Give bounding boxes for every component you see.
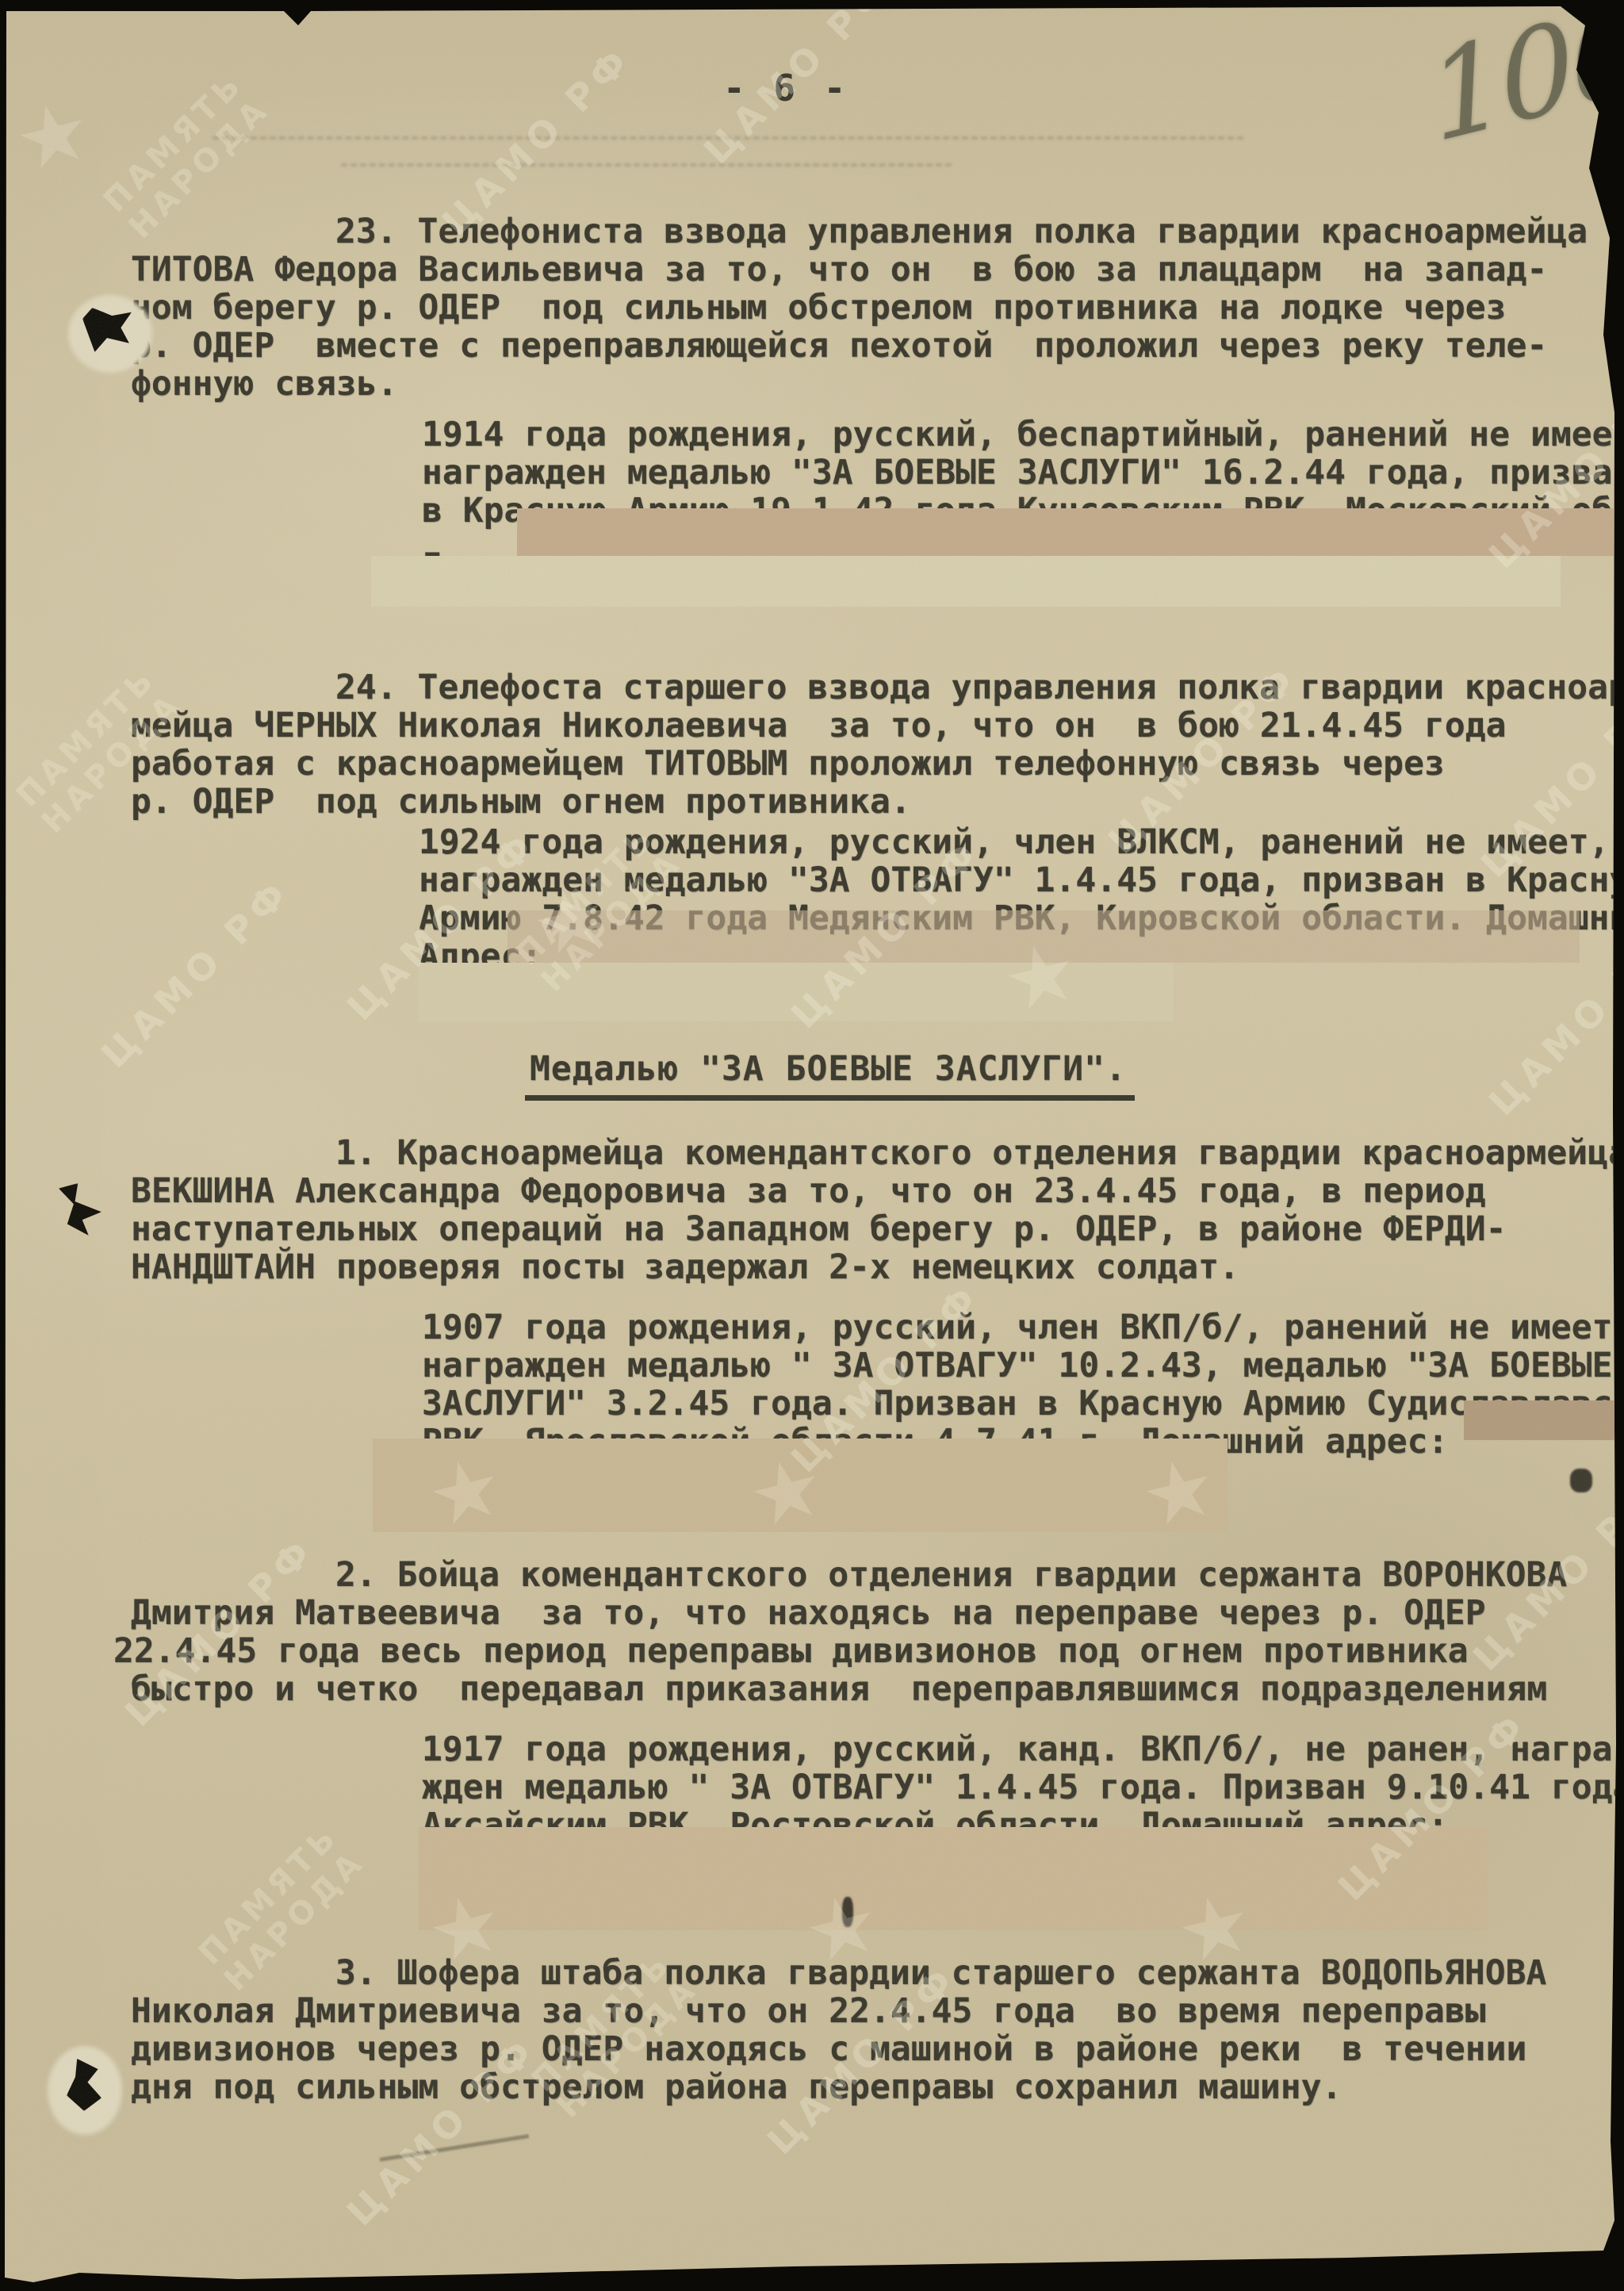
document-scan: - 6 - 106 23. Телефониста взвода управле… (0, 0, 1624, 2291)
paragraph-2: 2. Бойца комендантского отделения гварди… (131, 1556, 1567, 1708)
paragraph-24-line: мейца ЧЕРНЫХ Николая Николаевича за то, … (131, 707, 1624, 745)
paragraph-23: 23. Телефониста взвода управления полка … (131, 213, 1588, 403)
paragraph-1-line: НАНДШТАЙН проверяя посты задержал 2-х не… (131, 1248, 1624, 1286)
paragraph-3-line: Николая Дмитриевича за то, что он 22.4.4… (131, 1992, 1546, 2030)
star-watermark-icon: ★ (6, 80, 101, 192)
paragraph-2-line: Дмитрия Матвеевича за то, что находясь н… (131, 1594, 1567, 1632)
birth-info-line: 1917 года рождения, русский, канд. ВКП/б… (422, 1730, 1624, 1768)
paragraph-23-line: 23. Телефониста взвода управления полка … (131, 213, 1588, 251)
paragraph-2-line: 22.4.45 года весь период переправы дивиз… (113, 1632, 1567, 1670)
paragraph-1-line: наступательных операций на Западном бере… (131, 1210, 1624, 1248)
paragraph-3: 3. Шофера штаба полка гвардии старшего с… (131, 1954, 1546, 2106)
paragraph-23-line: р. ОДЕР вместе с переправляющейся пехото… (131, 327, 1588, 365)
birth-info-line: награжден медалью " ЗА ОТВАГУ" 10.2.43, … (422, 1347, 1624, 1385)
redaction-block-address-1b (371, 556, 1561, 607)
paragraph-1: 1. Красноармейца комендантского отделени… (131, 1134, 1624, 1286)
folio-number-handwritten: 106 (1420, 0, 1624, 170)
birth-info-line: 1914 года рождения, русский, беспартийны… (422, 416, 1624, 454)
paragraph-24: 24. Телефоста старшего взвода управления… (131, 669, 1624, 821)
paragraph-1-line: 1. Красноармейца комендантского отделени… (131, 1134, 1624, 1172)
bleed-through-line (341, 163, 952, 167)
birth-info-line: жден медалью " ЗА ОТВАГУ" 1.4.45 года. П… (422, 1768, 1624, 1806)
paper-sheet: - 6 - 106 23. Телефониста взвода управле… (0, 0, 1624, 2291)
paragraph-23-line: фонную связь. (131, 365, 1588, 403)
page-number: - 6 - (723, 67, 848, 109)
paragraph-3-line: дня под сильным обстрелом района перепра… (131, 2068, 1546, 2106)
birth-info-line: награжден медалью "ЗА БОЕВЫЕ ЗАСЛУГИ" 16… (422, 454, 1624, 492)
redaction-block-address-1 (517, 508, 1624, 556)
paragraph-2-line: 2. Бойца комендантского отделения гварди… (131, 1556, 1567, 1594)
redaction-block-address-3b (373, 1439, 1228, 1532)
paragraph-24-line: р. ОДЕР под сильным огнем противника. (131, 783, 1624, 821)
paragraph-1-line: ВЕКШИНА Александра Федоровича за то, что… (131, 1172, 1624, 1210)
paragraph-23-line: ном берегу р. ОДЕР под сильным обстрелом… (131, 289, 1588, 327)
camo-watermark: ЦАМО РФ (93, 870, 300, 1077)
ink-blot (59, 1183, 101, 1236)
pencil-scratch (380, 2134, 529, 2162)
paragraph-3-line: 3. Шофера штаба полка гвардии старшего с… (131, 1954, 1546, 1992)
birth-info-line: награжден медалью "ЗА ОТВАГУ" 1.4.45 год… (419, 861, 1624, 899)
birth-info-line: 1907 года рождения, русский, член ВКП/б/… (422, 1308, 1624, 1347)
paragraph-2-line: быстро и четко передавал приказания пере… (131, 1670, 1567, 1708)
paragraph-23-line: ТИТОВА Федора Васильевича за то, что он … (131, 251, 1588, 289)
birth-info-line: 1924 года рождения, русский, член ВЛКСМ,… (419, 823, 1624, 861)
paragraph-24-line: работая с красноармейцем ТИТОВЫМ проложи… (131, 745, 1624, 783)
ink-speck (1570, 1469, 1592, 1492)
birth-info-line: ЗАСЛУГИ" 3.2.45 года. Призван в Красную … (422, 1385, 1624, 1423)
redaction-block-address-2 (507, 910, 1580, 963)
section-heading-medal: Медалью "ЗА БОЕВЫЕ ЗАСЛУГИ". (525, 1050, 1135, 1088)
ink-speck (842, 1897, 853, 1927)
redaction-block-address-3 (1464, 1400, 1624, 1440)
paragraph-24-line: 24. Телефоста старшего взвода управления… (131, 669, 1624, 707)
redaction-block-address-4 (419, 1827, 1488, 1930)
memory-watermark-line1: ПАМЯТЬ (191, 1818, 346, 1972)
bleed-through-line (213, 136, 1243, 140)
section-heading-text: Медалью "ЗА БОЕВЫЕ ЗАСЛУГИ". (525, 1049, 1135, 1101)
redaction-block-address-2b (419, 963, 1174, 1021)
paragraph-3-line: дивизионов через р. ОДЕР находясь с маши… (131, 2030, 1546, 2068)
memory-watermark-line1: ПАМЯТЬ (96, 65, 251, 220)
